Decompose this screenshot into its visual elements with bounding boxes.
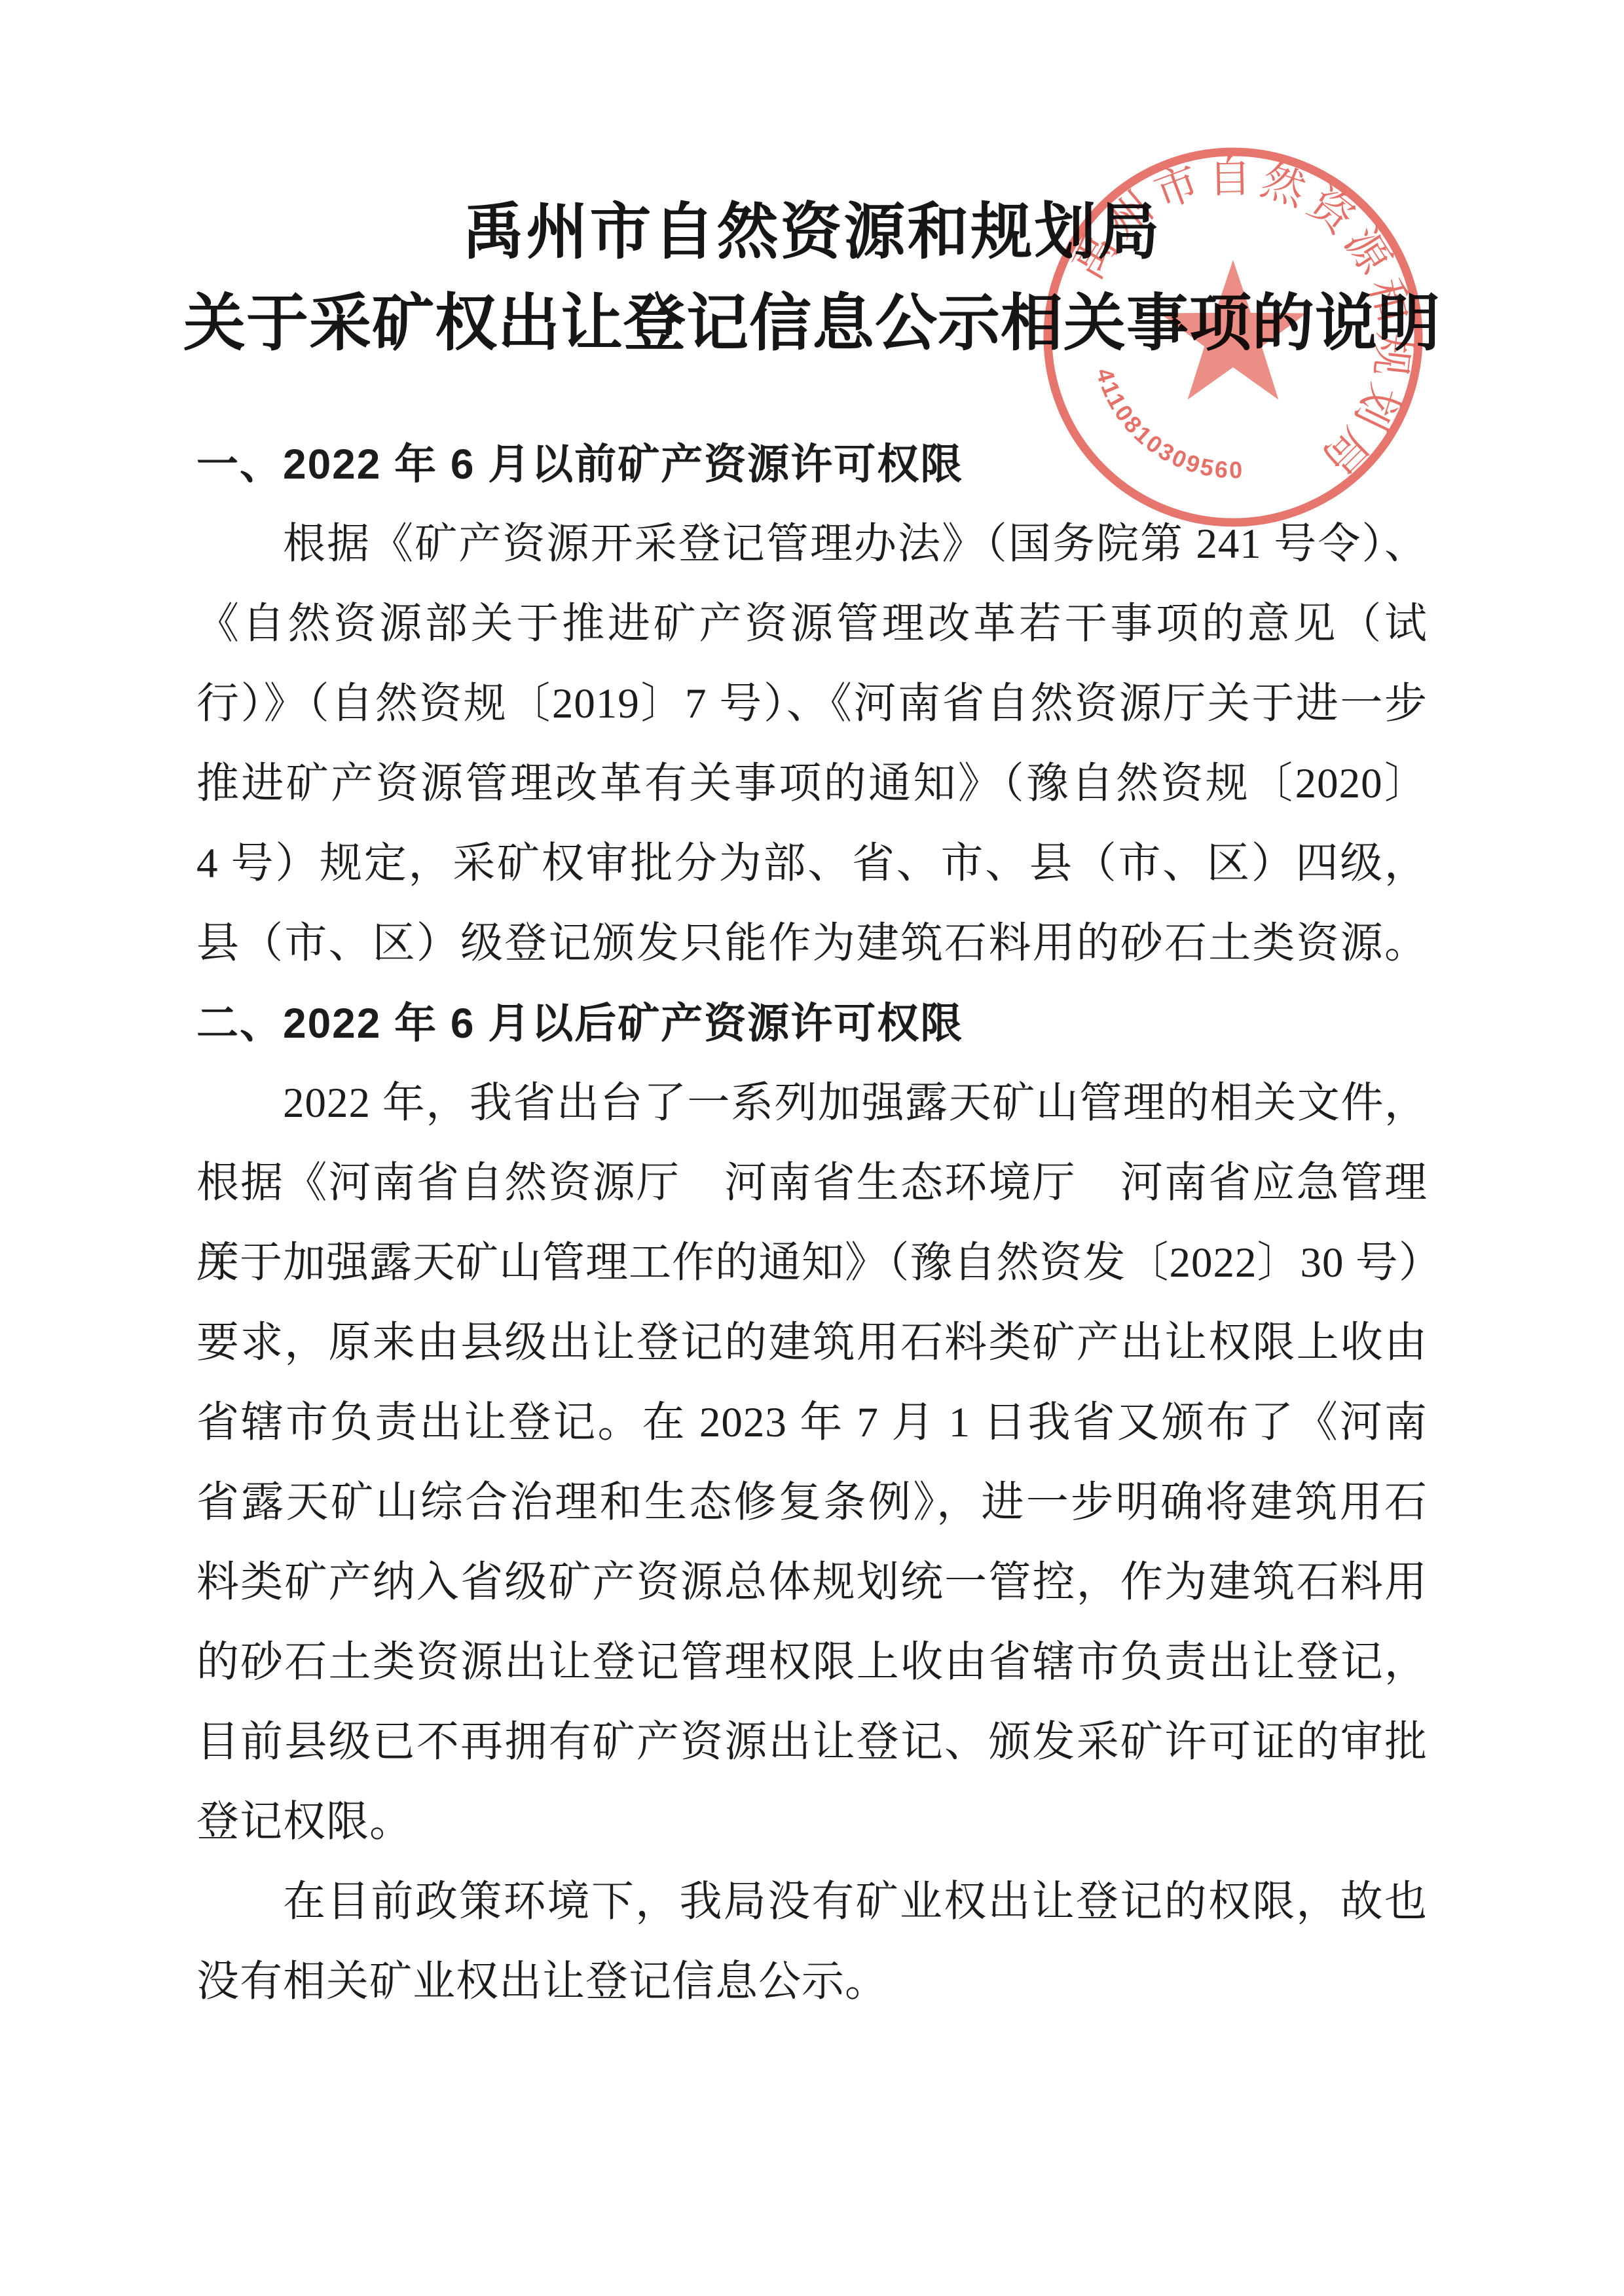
document-line: 要求，原来由县级出让登记的建筑用石料类矿产出让权限上收由 xyxy=(196,1303,1428,1383)
document-line: 推进矿产资源管理改革有关事项的通知》（豫自然资规〔2020〕 xyxy=(196,744,1428,824)
document-line: 根据《矿产资源开采登记管理办法》（国务院第 241 号令）、 xyxy=(196,504,1428,584)
section-heading: 二、2022 年 6 月以后矿产资源许可权限 xyxy=(196,983,1428,1063)
section-heading: 一、2022 年 6 月以前矿产资源许可权限 xyxy=(196,424,1428,504)
document-line: 4 号）规定，采矿权审批分为部、省、市、县（市、区）四级， xyxy=(196,824,1428,903)
document-line: 登记权限。 xyxy=(196,1782,1428,1862)
document-line: 料类矿产纳入省级矿产资源总体规划统一管控，作为建筑石料用 xyxy=(196,1542,1428,1622)
document-line: 省辖市负责出让登记。在 2023 年 7 月 1 日我省又颁布了《河南 xyxy=(196,1383,1428,1463)
document-line: 的砂石土类资源出让登记管理权限上收由省辖市负责出让登记， xyxy=(196,1622,1428,1702)
document-line: 2022 年，我省出台了一系列加强露天矿山管理的相关文件， xyxy=(196,1063,1428,1143)
document-title-line1: 禹州市自然资源和规划局 xyxy=(0,196,1624,268)
document-title-line2: 关于采矿权出让登记信息公示相关事项的说明 xyxy=(0,287,1624,360)
document-line: 在目前政策环境下，我局没有矿业权出让登记的权限，故也 xyxy=(196,1862,1428,1942)
document-line: 《自然资源部关于推进矿产资源管理改革若干事项的意见（试 xyxy=(196,584,1428,664)
document-line: 根据《河南省自然资源厅 河南省生态环境厅 河南省应急管理厅 xyxy=(196,1143,1428,1223)
document-line: 没有相关矿业权出让登记信息公示。 xyxy=(196,1942,1428,2022)
document-line: 目前县级已不再拥有矿产资源出让登记、颁发采矿许可证的审批 xyxy=(196,1702,1428,1782)
document-body: 一、2022 年 6 月以前矿产资源许可权限根据《矿产资源开采登记管理办法》（国… xyxy=(196,424,1428,2022)
document-line: 省露天矿山综合治理和生态修复条例》，进一步明确将建筑用石 xyxy=(196,1463,1428,1542)
document-line: 关于加强露天矿山管理工作的通知》（豫自然资发〔2022〕30 号） xyxy=(196,1223,1428,1303)
document-line: 行）》（自然资规〔2019〕7 号）、《河南省自然资源厅关于进一步 xyxy=(196,664,1428,744)
document-line: 县（市、区）级登记颁发只能作为建筑石料用的砂石土类资源。 xyxy=(196,903,1428,983)
document-page: 禹州市自然资源和规划局 关于采矿权出让登记信息公示相关事项的说明 一、2022 … xyxy=(0,0,1624,2296)
